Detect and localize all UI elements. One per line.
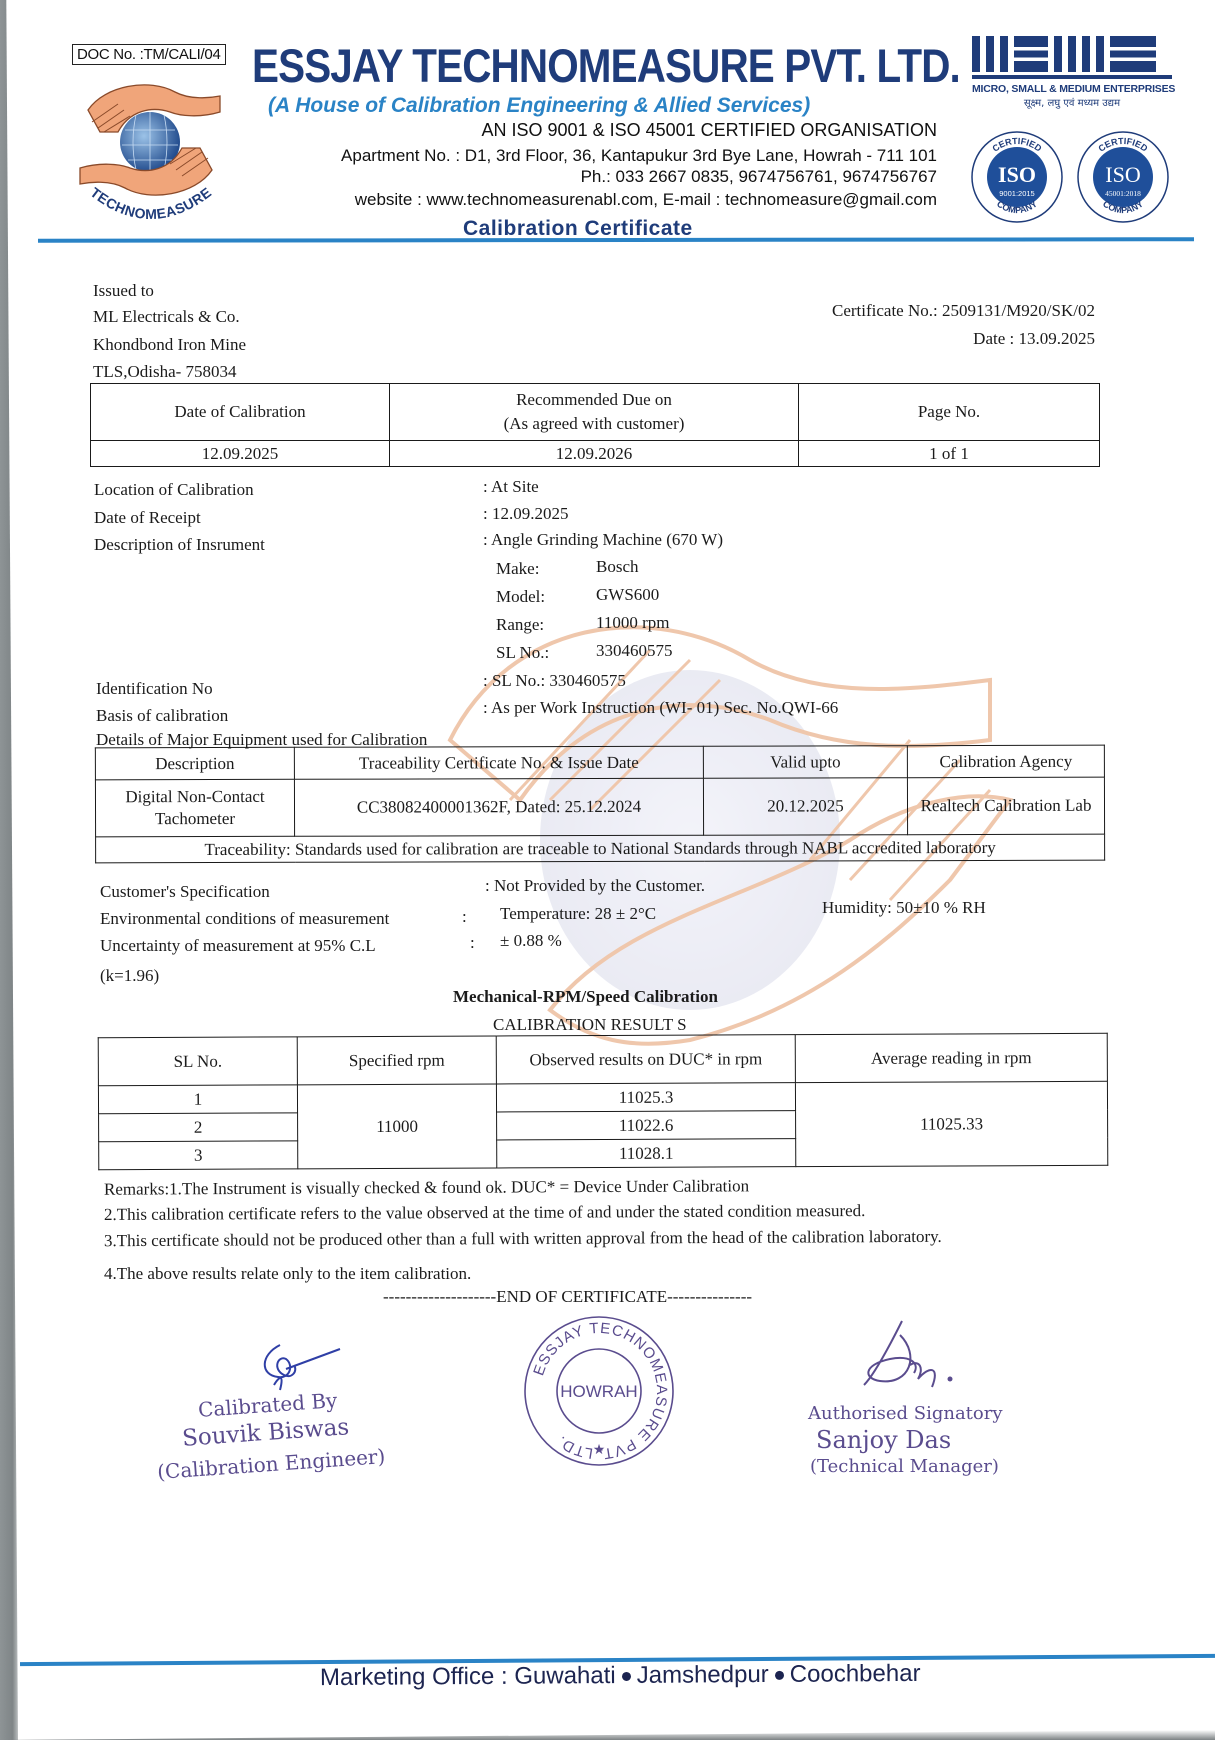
company-tagline: (A House of Calibration Engineering & Al…	[268, 94, 810, 118]
msme-wordmark-icon	[972, 36, 1172, 72]
res-observed-2: 11022.6	[497, 1111, 796, 1140]
env-colon: :	[462, 907, 467, 927]
res-header-observed: Observed results on DUC* in rpm	[496, 1035, 795, 1084]
office-coochbehar: Coochbehar	[790, 1660, 921, 1688]
calibration-results-table: SL No. Specified rpm Observed results on…	[98, 1033, 1109, 1170]
header-recommended-due: Recommended Due on (As agreed with custo…	[390, 384, 799, 441]
technomeasure-logo-icon: TECHNOMEASURE	[70, 70, 230, 240]
location-value: : At Site	[483, 477, 539, 497]
certificate-number: Certificate No.: 2509131/M920/SK/02	[832, 301, 1095, 321]
header-divider	[38, 237, 1194, 243]
description-value: : Angle Grinding Machine (670 W)	[483, 530, 723, 550]
signatory-title: (Technical Manager)	[810, 1456, 999, 1477]
svg-text:★: ★	[593, 1442, 606, 1458]
model-value: GWS600	[596, 585, 659, 605]
receipt-value: : 12.09.2025	[483, 504, 568, 524]
iso-certification-line: AN ISO 9001 & ISO 45001 CERTIFIED ORGANI…	[482, 120, 937, 141]
customer-spec-value: : Not Provided by the Customer.	[485, 876, 705, 896]
customer-spec-label: Customer's Specification	[100, 882, 270, 902]
office-jamshedpur: Jamshedpur	[637, 1661, 769, 1689]
svg-text:9001:2015: 9001:2015	[999, 189, 1034, 198]
svg-text:ISO: ISO	[998, 162, 1036, 187]
res-sl-2: 2	[99, 1113, 298, 1142]
scan-edge-shadow	[0, 0, 18, 1740]
marketing-office-label: Marketing Office : Guwahati	[320, 1662, 616, 1691]
uncertainty-label: Uncertainty of measurement at 95% C.L	[100, 936, 376, 956]
company-name: ESSJAY TECHNOMEASURE PVT. LTD.	[252, 38, 960, 93]
remark-1: Remarks:1.The Instrument is visually che…	[104, 1176, 749, 1199]
description-label: Description of Insrument	[94, 535, 265, 555]
end-of-certificate: --------------------END OF CERTIFICATE--…	[383, 1287, 752, 1307]
signatory-name: Sanjoy Das	[816, 1426, 951, 1454]
uncertainty-colon: :	[470, 933, 475, 953]
dates-table: Date of Calibration Recommended Due on (…	[90, 383, 1100, 467]
results-subtitle: CALIBRATION RESULT S	[493, 1015, 687, 1035]
res-specified-rpm: 11000	[297, 1084, 496, 1169]
res-header-average: Average reading in rpm	[795, 1033, 1107, 1082]
env-conditions-label: Environmental conditions of measurement	[100, 909, 389, 929]
remark-4: 4.The above results relate only to the i…	[104, 1264, 471, 1284]
res-header-specified: Specified rpm	[297, 1036, 496, 1085]
range-value: 11000 rpm	[596, 613, 670, 633]
equipment-table: Description Traceability Certificate No.…	[95, 745, 1105, 864]
humidity-value: Humidity: 50±10 % RH	[822, 898, 986, 918]
msme-logo: MICRO, SMALL & MEDIUM ENTERPRISES सूक्ष्…	[972, 36, 1172, 109]
sl-no-value: 330460575	[596, 641, 673, 661]
issued-to-line-3: TLS,Odisha- 758034	[93, 362, 237, 382]
res-sl-1: 1	[98, 1085, 297, 1114]
company-website-email: website : www.technomeasurenabl.com, E-m…	[355, 190, 937, 210]
identification-label: Identification No	[96, 679, 213, 699]
eq-header-traceability: Traceability Certificate No. & Issue Dat…	[294, 746, 703, 779]
certificate-date: Date : 13.09.2025	[973, 329, 1095, 349]
iso-45001-badge-icon: CERTIFIED COMPANY ISO 45001:2018	[1076, 130, 1170, 224]
eq-traceability-cert: CC38082400001362F, Dated: 25.12.2024	[294, 778, 703, 836]
value-recommended-due: 12.09.2026	[390, 441, 799, 467]
calibrator-signature-icon	[250, 1335, 350, 1395]
recommended-due-label: Recommended Due on	[394, 388, 794, 412]
identification-value: : SL No.: 330460575	[483, 671, 626, 691]
bullet-icon	[775, 1671, 784, 1680]
company-seal-stamp-icon: ESSJAY TECHNOMEASURE PVT. LTD. HOWRAH ★	[520, 1312, 678, 1470]
issued-to-line-2: Khondbond Iron Mine	[93, 335, 246, 355]
res-average: 11025.33	[795, 1081, 1107, 1166]
sl-no-label: SL No.:	[496, 643, 549, 663]
temperature-value: Temperature: 28 ± 2°C	[500, 904, 656, 924]
iso-9001-badge-icon: CERTIFIED COMPANY ISO 9001:2015	[970, 130, 1064, 224]
traceability-statement: Traceability: Standards used for calibra…	[96, 834, 1105, 863]
basis-value: : As per Work Instruction (WI- 01) Sec. …	[483, 698, 838, 718]
recommended-due-note: (As agreed with customer)	[394, 412, 794, 436]
value-page-no: 1 of 1	[799, 441, 1100, 467]
model-label: Model:	[496, 587, 545, 607]
signatory-signature-icon	[850, 1315, 970, 1395]
doc-number: DOC No. :TM/CALI/04	[72, 44, 226, 65]
svg-text:HOWRAH: HOWRAH	[560, 1382, 637, 1401]
res-sl-3: 3	[99, 1141, 298, 1170]
basis-label: Basis of calibration	[96, 706, 228, 726]
msme-label: MICRO, SMALL & MEDIUM ENTERPRISES	[972, 83, 1172, 95]
eq-description: Digital Non-Contact Tachometer	[95, 779, 294, 837]
uncertainty-value: ± 0.88 %	[500, 931, 562, 951]
header-page-no: Page No.	[799, 384, 1100, 441]
res-observed-1: 11025.3	[496, 1083, 795, 1112]
msme-hindi-label: सूक्ष्म, लघु एवं मध्यम उद्यम	[972, 95, 1172, 109]
scan-edge-bottom-shadow	[0, 1730, 1215, 1740]
make-value: Bosch	[596, 557, 639, 577]
eq-valid-upto: 20.12.2025	[703, 778, 907, 836]
results-section-title: Mechanical-RPM/Speed Calibration	[453, 987, 718, 1007]
eq-header-agency: Calibration Agency	[907, 745, 1104, 778]
remark-3: 3.This certificate should not be produce…	[104, 1227, 942, 1251]
range-label: Range:	[496, 615, 544, 635]
bullet-icon	[622, 1672, 631, 1681]
company-address: Apartment No. : D1, 3rd Floor, 36, Kanta…	[341, 146, 937, 166]
issued-to-label: Issued to	[93, 281, 154, 301]
header-date-of-calibration: Date of Calibration	[91, 384, 390, 441]
make-label: Make:	[496, 559, 539, 579]
eq-header-description: Description	[95, 747, 294, 780]
authorised-signatory-label: Authorised Signatory	[808, 1403, 1003, 1424]
res-header-sl: SL No.	[98, 1037, 297, 1086]
issued-to-line-1: ML Electricals & Co.	[93, 307, 240, 327]
location-label: Location of Calibration	[94, 480, 254, 500]
receipt-label: Date of Receipt	[94, 508, 201, 528]
marketing-offices: Marketing Office : GuwahatiJamshedpurCoo…	[320, 1660, 921, 1692]
res-observed-3: 11028.1	[497, 1139, 796, 1168]
remark-2: 2.This calibration certificate refers to…	[104, 1201, 866, 1225]
company-phone: Ph.: 033 2667 0835, 9674756761, 96747567…	[581, 167, 937, 187]
eq-header-valid-upto: Valid upto	[703, 746, 907, 779]
svg-text:ISO: ISO	[1105, 162, 1140, 187]
eq-agency: Realtech Calibration Lab	[907, 777, 1104, 835]
coverage-factor: (k=1.96)	[100, 966, 159, 986]
svg-text:45001:2018: 45001:2018	[1105, 189, 1141, 198]
value-date-of-calibration: 12.09.2025	[91, 441, 390, 467]
